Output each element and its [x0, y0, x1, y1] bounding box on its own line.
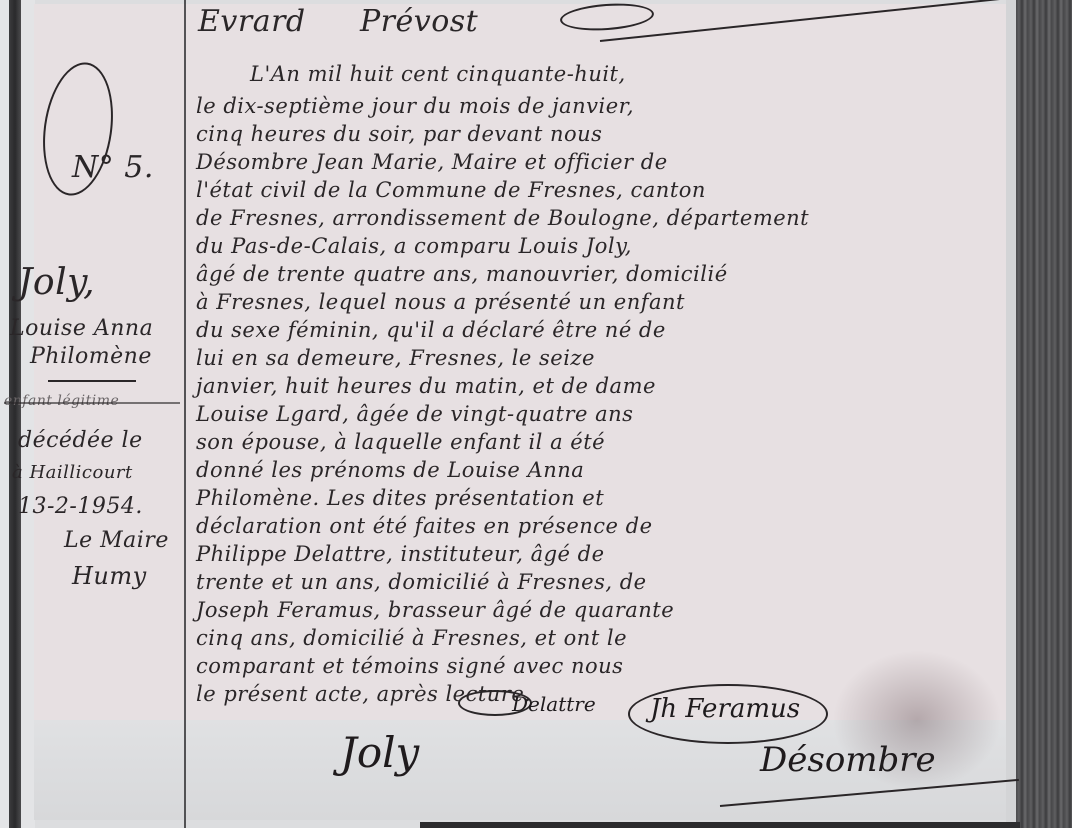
signature-witness-1: Delattre [512, 692, 596, 716]
margin-death-date: 13-2-1954. [18, 494, 143, 519]
body-line-4: Désombre Jean Marie, Maire et officier d… [196, 150, 668, 174]
margin-crossed-note: enfant légitime [4, 393, 119, 409]
signature-mayor: Désombre [760, 740, 936, 780]
body-line-2: le dix-septième jour du mois de janvier, [196, 94, 634, 118]
signature-witness-2: Jh Feramus [650, 694, 800, 724]
margin-given-names-1: Louise Anna [10, 316, 153, 341]
margin-strike-line [4, 402, 180, 404]
body-line-18: Philippe Delattre, instituteur, âgé de [196, 542, 605, 566]
body-line-15: donné les prénoms de Louise Anna [196, 458, 584, 482]
body-line-5: l'état civil de la Commune de Fresnes, c… [196, 178, 706, 202]
margin-death-note-2: à Haillicourt [12, 462, 133, 483]
body-line-1: L'An mil huit cent cinquante-huit, [250, 62, 626, 86]
right-binding-strip [1016, 0, 1072, 828]
body-line-9: à Fresnes, lequel nous a présenté un enf… [196, 290, 685, 314]
body-line-10: du sexe féminin, qu'il a déclaré être né… [196, 318, 666, 342]
body-line-14: son épouse, à laquelle enfant il a été [196, 430, 605, 454]
signature-father: Joly [340, 728, 419, 777]
body-line-16: Philomène. Les dites présentation et [196, 486, 604, 510]
margin-given-names-2: Philomène [30, 344, 152, 369]
body-line-22: comparant et témoins signé avec nous [196, 654, 623, 678]
body-line-8: âgé de trente quatre ans, manouvrier, do… [196, 262, 728, 286]
body-line-19: trente et un ans, domicilié à Fresnes, d… [196, 570, 647, 594]
scanned-document: Evrard Prévost N° 5. Joly, Louise Anna P… [0, 0, 1072, 828]
header-name-left: Evrard [198, 4, 306, 39]
margin-surname: Joly, [18, 262, 95, 303]
header-name-right: Prévost [360, 4, 478, 39]
body-line-7: du Pas-de-Calais, a comparu Louis Joly, [196, 234, 632, 258]
margin-mayor-title: Le Maire [64, 528, 169, 553]
margin-mayor-signature: Humy [72, 562, 147, 590]
margin-rule [184, 0, 186, 828]
body-line-11: lui en sa demeure, Fresnes, le seize [196, 346, 595, 370]
body-line-12: janvier, huit heures du matin, et de dam… [196, 374, 656, 398]
right-page-edge [1006, 0, 1016, 828]
margin-underline [48, 380, 136, 382]
body-line-3: cinq heures du soir, par devant nous [196, 122, 602, 146]
body-line-21: cinq ans, domicilié à Fresnes, et ont le [196, 626, 627, 650]
bottom-edge-bar [420, 822, 1020, 828]
left-binding-strip [9, 0, 21, 828]
body-line-20: Joseph Feramus, brasseur âgé de quarante [196, 598, 674, 622]
left-gutter [21, 0, 35, 828]
body-line-13: Louise Lgard, âgée de vingt-quatre ans [196, 402, 633, 426]
record-number: N° 5. [72, 150, 154, 185]
body-line-17: déclaration ont été faites en présence d… [196, 514, 653, 538]
body-line-6: de Fresnes, arrondissement de Boulogne, … [196, 206, 809, 230]
margin-death-note-1: décédée le [18, 428, 143, 453]
